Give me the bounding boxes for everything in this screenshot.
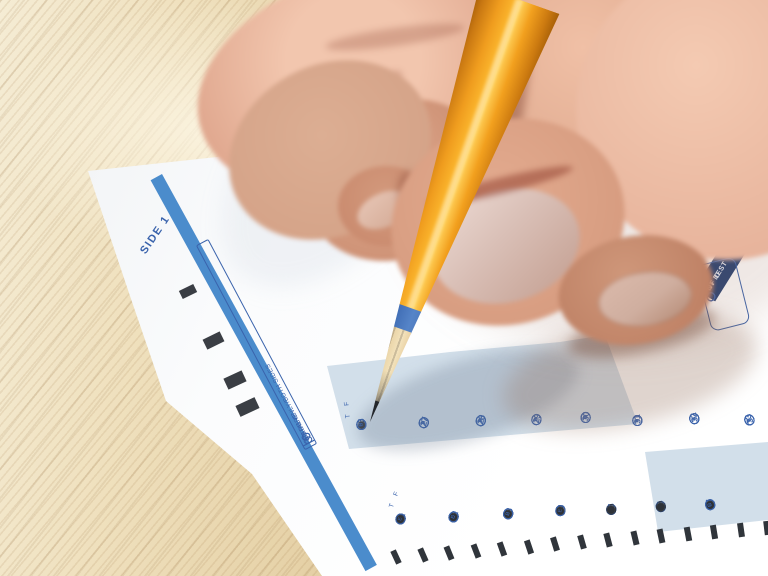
- photo-scene: SIDE 1 RESCORE MARK ✓ TOTAL ONLY/BOTH SI…: [0, 0, 768, 576]
- hand: [0, 0, 768, 576]
